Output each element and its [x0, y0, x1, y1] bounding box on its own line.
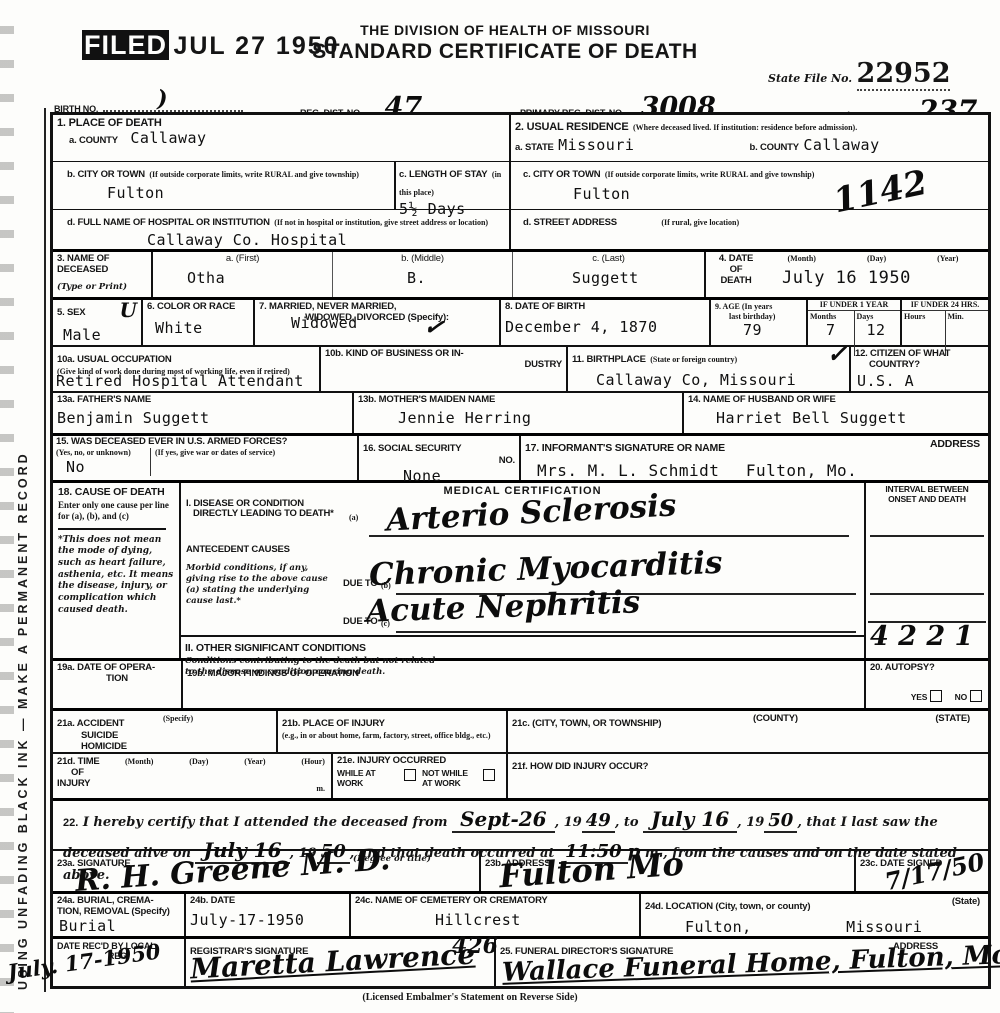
row-service-informant: 15. WAS DECEASED EVER IN U.S. ARMED FORC…	[53, 436, 988, 483]
field-armed-forces: 15. WAS DECEASED EVER IN U.S. ARMED FORC…	[53, 436, 359, 480]
field-first-name: a. (First) Otha	[153, 252, 333, 297]
residence-state-value: Missouri	[558, 136, 634, 154]
father-value: Benjamin Suggett	[57, 409, 348, 427]
field-birthplace: 11. BIRTHPLACE (State or foreign country…	[568, 347, 851, 391]
row-place-residence: 1. PLACE OF DEATH a. COUNTY Callaway b. …	[53, 115, 988, 252]
field-funeral-director: 25. FUNERAL DIRECTOR'S SIGNATURE ADDRESS…	[496, 939, 988, 986]
sex-label: 5. SEX	[57, 307, 85, 318]
age-label-2: last birthday)	[729, 312, 802, 322]
row-certification: 22. I hereby certify that I attended the…	[53, 801, 988, 851]
other-conditions-title: II. OTHER SIGNIFICANT CONDITIONS	[185, 642, 366, 654]
field-length-of-stay: c. LENGTH OF STAY (in this place) 5½ Day…	[394, 162, 509, 209]
filed-stamp-word: FILED	[82, 30, 169, 60]
cemetery-label: 24c. NAME OF CEMETERY OR CREMATORY	[355, 896, 635, 907]
field-city-of-death: b. CITY OR TOWN (If outside corporate li…	[53, 162, 394, 209]
birthplace-label: 11. BIRTHPLACE	[572, 354, 646, 365]
time-injury-day: (Day)	[189, 757, 208, 767]
other-conditions: II. OTHER SIGNIFICANT CONDITIONS Conditi…	[181, 635, 864, 658]
name-sub-label: (Type or Print)	[57, 282, 147, 293]
field-date-signed: 23c. DATE SIGNED 7/17/50	[856, 851, 988, 891]
row-injury-1: 21a. ACCIDENT (Specify) SUICIDE HOMICIDE…	[53, 711, 988, 754]
name-of-deceased-label-cell: 3. NAME OF DECEASED (Type or Print)	[53, 252, 153, 297]
birthplace-pen-mark: ✓	[827, 339, 847, 368]
interval-line-2	[870, 593, 984, 595]
name-label: 3. NAME OF DECEASED	[57, 254, 147, 276]
field-accident-suicide-homicide: 21a. ACCIDENT (Specify) SUICIDE HOMICIDE	[53, 711, 278, 752]
field-hospital: d. FULL NAME OF HOSPITAL OR INSTITUTION …	[53, 210, 509, 250]
dod-month-label: (Month)	[788, 254, 816, 264]
row-family: 13a. FATHER'S NAME Benjamin Suggett 13b.…	[53, 393, 988, 436]
field-marital-status: 7. MARRIED, NEVER MARRIED, WIDOWED, DIVO…	[255, 300, 501, 345]
ssn-label-2: NO.	[363, 456, 515, 467]
county-label: a. COUNTY	[69, 135, 118, 146]
usual-residence-section: 2. USUAL RESIDENCE (Where deceased lived…	[511, 115, 988, 249]
occupation-label: 10a. USUAL OCCUPATION	[57, 354, 172, 365]
field-physician-address: 23b. ADDRESS Fulton Mo	[481, 851, 856, 891]
place-of-death-title: 1. PLACE OF DEATH	[57, 117, 505, 129]
city-label: b. CITY OR TOWN	[67, 169, 145, 180]
sex-value: Male	[63, 326, 137, 344]
field-registrar-signature: REGISTRAR'S SIGNATURE Maretta Lawrence 4…	[186, 939, 496, 986]
birthplace-note: (State or foreign country)	[650, 355, 737, 364]
major-findings-label: 19b. MAJOR FINDINGS OF OPERATION	[187, 668, 359, 679]
while-at-work-label: WHILE AT WORK	[337, 769, 401, 789]
dod-value: July 16 1950	[782, 268, 984, 288]
field-middle-name: b. (Middle) B.	[333, 252, 513, 297]
line-c	[396, 631, 856, 633]
autopsy-yes-checkbox	[930, 690, 942, 702]
death-certificate-scan: USING UNFADING BLACK INK — MAKE A PERMAN…	[0, 0, 1000, 1013]
not-while-at-work-checkbox	[483, 769, 495, 781]
cause-note: *This does not mean the mode of dying, s…	[58, 535, 174, 617]
field-cemetery: 24c. NAME OF CEMETERY OR CREMATORY Hillc…	[351, 894, 641, 936]
cause-title: 18. CAUSE OF DEATH	[58, 486, 174, 498]
field-major-findings: 19b. MAJOR FINDINGS OF OPERATION	[183, 661, 866, 708]
days-value: 12	[867, 321, 899, 339]
cause-b-value: Chronic Myocarditis	[368, 545, 723, 593]
months-label: Months	[810, 312, 852, 322]
row-cause-of-death: 18. CAUSE OF DEATH Enter only one cause …	[53, 483, 988, 661]
field-occupation: 10a. USUAL OCCUPATION (Give kind of work…	[53, 347, 321, 391]
residence-note: (Where deceased lived. If institution: r…	[633, 123, 857, 132]
months-value: 7	[826, 321, 852, 339]
certificate-form: 1. PLACE OF DEATH a. COUNTY Callaway b. …	[50, 112, 991, 989]
field-physician-signature: 23a. SIGNATURE (Degree or title) R. H. G…	[53, 851, 481, 891]
armed-forces-value: No	[66, 458, 150, 476]
armed-forces-note-2: (If yes, give war or dates of service)	[151, 448, 354, 476]
certificate-title: STANDARD CERTIFICATE OF DEATH	[310, 40, 700, 64]
field-citizen: 12. CITIZEN OF WHAT COUNTRY? U.S. A	[851, 347, 988, 391]
injury-occurred-label: 21e. INJURY OCCURRED	[337, 756, 502, 767]
interval-column: INTERVAL BETWEEN ONSET AND DEATH 4 2 2 1	[866, 483, 988, 658]
burial-city-value: Fulton,	[685, 918, 752, 936]
medical-certification: MEDICAL CERTIFICATION I. DISEASE OR COND…	[181, 483, 866, 658]
dod-label: 4. DATE OF DEATH	[710, 254, 762, 295]
margin-rule	[44, 108, 46, 992]
burial-location-label: 24d. LOCATION (City, town, or county)	[645, 901, 810, 912]
field-place-of-injury: 21b. PLACE OF INJURY (e.g., in or about …	[278, 711, 508, 752]
citizen-value: U.S. A	[857, 372, 914, 390]
cemetery-value: Hillcrest	[435, 911, 635, 929]
field-residence-county: b. COUNTY Callaway	[750, 136, 985, 155]
field-injury-city: 21c. (CITY, TOWN, OR TOWNSHIP) (COUNTY) …	[508, 711, 988, 752]
residence-county-label: b. COUNTY	[750, 142, 799, 153]
embalmer-note: (Licensed Embalmer's Statement on Revers…	[220, 992, 720, 1004]
color-race-value: White	[155, 319, 249, 337]
age-value: 79	[743, 321, 802, 339]
last-name-value: Suggett	[572, 269, 700, 287]
dob-value: December 4, 1870	[505, 318, 705, 336]
division-title: THE DIVISION OF HEALTH OF MISSOURI	[310, 22, 700, 38]
street-address-note: (If rural, give location)	[661, 218, 739, 227]
certify-hand-to-year: 50	[764, 810, 797, 833]
birth-no-mark: )	[157, 86, 167, 112]
last-name-label: c. (Last)	[517, 254, 700, 265]
place-of-injury-label: 21b. PLACE OF INJURY	[282, 718, 385, 729]
field-ssn: 16. SOCIAL SECURITY NO. None	[359, 436, 521, 480]
row-vitals: 5. SEX U Male 6. COLOR OR RACE White 7. …	[53, 300, 988, 347]
business-label-2: DUSTRY	[325, 360, 562, 371]
residence-state-label: a. STATE	[515, 142, 554, 153]
dob-label: 8. DATE OF BIRTH	[505, 302, 705, 313]
row-name-dod: 3. NAME OF DECEASED (Type or Print) a. (…	[53, 252, 988, 300]
field-date-of-operation: 19a. DATE OF OPERA- TION	[53, 661, 183, 708]
state-file-label: State File No.	[768, 72, 852, 85]
spouse-value: Harriet Bell Suggett	[716, 409, 984, 427]
filed-stamp: FILED JUL 27 1950	[82, 30, 340, 61]
margin-vertical-text: USING UNFADING BLACK INK — MAKE A PERMAN…	[16, 110, 30, 990]
autopsy-no-label: NO	[955, 692, 967, 702]
spouse-label: 14. NAME OF HUSBAND OR WIFE	[688, 395, 984, 406]
hours-label: Hours	[904, 312, 943, 322]
not-while-at-work-label: NOT WHILE AT WORK	[422, 769, 480, 789]
city-value: Fulton	[107, 184, 390, 202]
row-registrar: DATE REC'D BY LOCAL REG. July. 17-1950 R…	[53, 939, 988, 986]
burial-date-label: 24b. DATE	[190, 896, 345, 907]
certify-text-2: , 19	[555, 815, 582, 830]
field-mother-name: 13b. MOTHER'S MAIDEN NAME Jennie Herring	[354, 393, 684, 433]
injury-city-label: 21c. (CITY, TOWN, OR TOWNSHIP)	[512, 718, 661, 729]
field-spouse-name: 14. NAME OF HUSBAND OR WIFE Harriet Bell…	[684, 393, 988, 433]
field-injury-occurred: 21e. INJURY OCCURRED WHILE AT WORK NOT W…	[333, 754, 508, 798]
field-father-name: 13a. FATHER'S NAME Benjamin Suggett	[53, 393, 354, 433]
field-residence-state-county: 2. USUAL RESIDENCE (Where deceased lived…	[511, 115, 988, 162]
place-of-injury-note: (e.g., in or about home, farm, factory, …	[282, 731, 502, 741]
date-signed-hand: 7/17/50	[882, 847, 987, 896]
color-race-label: 6. COLOR OR RACE	[147, 302, 249, 313]
certify-hand-from-date: Sept-26	[452, 807, 555, 833]
cause-line1: Enter only one cause per line for (a), (…	[58, 500, 174, 522]
informant-address-label: ADDRESS	[930, 438, 980, 450]
field-county-of-death: 1. PLACE OF DEATH a. COUNTY Callaway	[53, 115, 509, 162]
field-autopsy: 20. AUTOPSY? YES NO	[866, 661, 988, 708]
min-label: Min.	[948, 312, 987, 322]
operation-date-label-2: TION	[57, 674, 177, 685]
autopsy-yes-label: YES	[911, 692, 927, 702]
state-file-no: State File No. 22952	[768, 58, 950, 89]
field-informant: 17. INFORMANT'S SIGNATURE OR NAME ADDRES…	[521, 436, 988, 480]
county-value: Callaway	[130, 129, 206, 147]
injury-county-label: (COUNTY)	[753, 714, 798, 725]
informant-address-value: Fulton, Mo.	[746, 461, 857, 480]
row-operation: 19a. DATE OF OPERA- TION 19b. MAJOR FIND…	[53, 661, 988, 711]
field-under-1-year: IF UNDER 1 YEAR Months 7 Days 12	[808, 300, 902, 345]
field-street-address: d. STREET ADDRESS (If rural, give locati…	[511, 210, 988, 250]
scan-edge-artifact	[0, 0, 14, 1013]
dod-column-labels: (Month) (Day) (Year)	[762, 254, 984, 264]
interval-line-1	[870, 535, 984, 537]
street-address-label: d. STREET ADDRESS	[523, 217, 617, 228]
informant-name-value: Mrs. M. L. Schmidt	[537, 461, 719, 480]
armed-forces-label: 15. WAS DECEASED EVER IN U.S. ARMED FORC…	[56, 437, 354, 448]
under-1-year-label: IF UNDER 1 YEAR	[808, 300, 900, 311]
registrar-number-hand: 426	[452, 933, 498, 959]
residence-city-note: (If outside corporate limits, write RURA…	[605, 170, 815, 179]
dod-day-label: (Day)	[867, 254, 886, 264]
field-burial-type: 24a. BURIAL, CREMA- TION, REMOVAL (Speci…	[53, 894, 186, 936]
days-label: Days	[857, 312, 899, 322]
time-injury-month: (Month)	[125, 757, 153, 767]
how-injury-label: 21f. HOW DID INJURY OCCUR?	[512, 761, 648, 772]
burial-state-label: (State)	[952, 897, 980, 908]
marital-pen-mark: ✓	[422, 310, 447, 342]
place-of-death-section: 1. PLACE OF DEATH a. COUNTY Callaway b. …	[53, 115, 511, 249]
age-label-1: 9. AGE (In years	[715, 302, 802, 312]
interval-label-2: ONSET AND DEATH	[868, 495, 986, 505]
field-residence-city: c. CITY OR TOWN (If outside corporate li…	[511, 162, 988, 210]
hospital-note: (If not in hospital or institution, give…	[274, 218, 488, 227]
row-physician-signature: 23a. SIGNATURE (Degree or title) R. H. G…	[53, 851, 988, 894]
city-note: (If outside corporate limits, write RURA…	[149, 170, 359, 179]
registrar-signature-hand: Maretta Lawrence	[189, 938, 476, 986]
sex-pen-mark: U	[120, 298, 137, 322]
antecedent-label: ANTECEDENT CAUSES	[186, 545, 290, 556]
field-date-of-death: 4. DATE OF DEATH (Month) (Day) (Year) Ju…	[706, 252, 988, 297]
marital-value: Widowed	[291, 314, 358, 332]
time-injury-label-3: INJURY	[57, 779, 100, 790]
armed-forces-note-1: (Yes, no, or unknown)	[56, 448, 150, 458]
residence-city-label: c. CITY OR TOWN	[523, 169, 600, 180]
stay-label: c. LENGTH OF STAY	[399, 169, 487, 180]
certify-hand-from-year: 49	[582, 810, 615, 833]
ssn-label-1: 16. SOCIAL SECURITY	[363, 443, 461, 454]
morbid-note: Morbid conditions, if any, giving rise t…	[186, 563, 338, 607]
dod-year-label: (Year)	[937, 254, 958, 264]
burial-state-value: Missouri	[846, 918, 922, 936]
physician-signature-hand: R. H. Greene M. D.	[74, 842, 391, 899]
hospital-value: Callaway Co. Hospital	[147, 231, 505, 249]
field-how-injury-occurred: 21f. HOW DID INJURY OCCUR?	[508, 754, 988, 798]
citizen-label-2: COUNTRY?	[869, 360, 984, 371]
field-color-race: 6. COLOR OR RACE White	[143, 300, 255, 345]
time-injury-m: m.	[316, 784, 325, 794]
first-name-label: a. (First)	[157, 254, 328, 265]
accident-label-3: HOMICIDE	[81, 742, 272, 753]
field-residence-state: a. STATE Missouri	[515, 136, 750, 155]
field-city-stay: b. CITY OR TOWN (If outside corporate li…	[53, 162, 509, 210]
interval-hand-value: 4 2 2 1	[870, 621, 973, 652]
autopsy-no-checkbox	[970, 690, 982, 702]
field-burial-location: 24d. LOCATION (City, town, or county) (S…	[641, 894, 988, 936]
middle-name-value: B.	[407, 269, 508, 287]
certification-paragraph: 22. I hereby certify that I attended the…	[53, 801, 988, 849]
physician-address-hand: Fulton Mo	[498, 845, 685, 896]
field-date-received: DATE REC'D BY LOCAL REG. July. 17-1950	[53, 939, 186, 986]
burial-date-value: July-17-1950	[190, 911, 345, 929]
field-date-of-birth: 8. DATE OF BIRTH December 4, 1870	[501, 300, 711, 345]
disease-label-2: DIRECTLY LEADING TO DEATH*	[193, 509, 334, 520]
row-burial: 24a. BURIAL, CREMA- TION, REMOVAL (Speci…	[53, 894, 988, 939]
row-occupation: 10a. USUAL OCCUPATION (Give kind of work…	[53, 347, 988, 393]
field-last-name: c. (Last) Suggett	[513, 252, 706, 297]
autopsy-label: 20. AUTOPSY?	[870, 663, 984, 674]
field-age: 9. AGE (In years last birthday) 79	[711, 300, 808, 345]
injury-state-label: (STATE)	[935, 714, 970, 725]
accident-label-1: 21a. ACCIDENT	[57, 718, 124, 729]
accident-specify-note: (Specify)	[163, 714, 193, 724]
certify-hand-to-date: July 16	[643, 807, 737, 833]
father-label: 13a. FATHER'S NAME	[57, 395, 348, 406]
cause-instructions: 18. CAUSE OF DEATH Enter only one cause …	[53, 483, 181, 658]
cause-divider	[58, 528, 166, 530]
certify-text-4: , 19	[737, 815, 764, 830]
armed-forces-note-1-cell: (Yes, no, or unknown) No	[56, 448, 151, 476]
tag-a: (a)	[349, 513, 358, 523]
row-injury-2: 21d. TIME OF INJURY (Month) (Day) (Year)…	[53, 754, 988, 801]
while-at-work-checkbox	[404, 769, 416, 781]
field-burial-date: 24b. DATE July-17-1950	[186, 894, 351, 936]
burial-value: Burial	[59, 917, 116, 935]
field-sex: 5. SEX U Male	[53, 300, 143, 345]
mother-label: 13b. MOTHER'S MAIDEN NAME	[358, 395, 678, 406]
form-header: THE DIVISION OF HEALTH OF MISSOURI STAND…	[310, 22, 700, 64]
mother-value: Jennie Herring	[398, 409, 678, 427]
informant-label: 17. INFORMANT'S SIGNATURE OR NAME	[525, 442, 725, 454]
occupation-value: Retired Hospital Attendant	[56, 372, 304, 390]
time-injury-year: (Year)	[244, 757, 265, 767]
middle-name-label: b. (Middle)	[337, 254, 508, 265]
field-time-of-injury: 21d. TIME OF INJURY (Month) (Day) (Year)…	[53, 754, 333, 798]
field-under-24-hrs: IF UNDER 24 HRS. Hours Min.	[902, 300, 988, 345]
first-name-value: Otha	[187, 269, 328, 287]
state-file-value: 22952	[857, 58, 951, 91]
under-24-hrs-label: IF UNDER 24 HRS.	[902, 300, 988, 311]
field-business-industry: 10b. KIND OF BUSINESS OR IN- DUSTRY	[321, 347, 568, 391]
certify-number: 22.	[63, 817, 78, 829]
hospital-label: d. FULL NAME OF HOSPITAL OR INSTITUTION	[67, 217, 270, 228]
residence-title: 2. USUAL RESIDENCE	[515, 121, 629, 133]
certify-text-3: , to	[615, 815, 639, 830]
residence-county-value: Callaway	[803, 136, 879, 154]
birthplace-value: Callaway Co, Missouri	[596, 371, 845, 389]
time-injury-hour: (Hour)	[301, 757, 325, 767]
certify-text-1: I hereby certify that I attended the dec…	[83, 815, 448, 830]
